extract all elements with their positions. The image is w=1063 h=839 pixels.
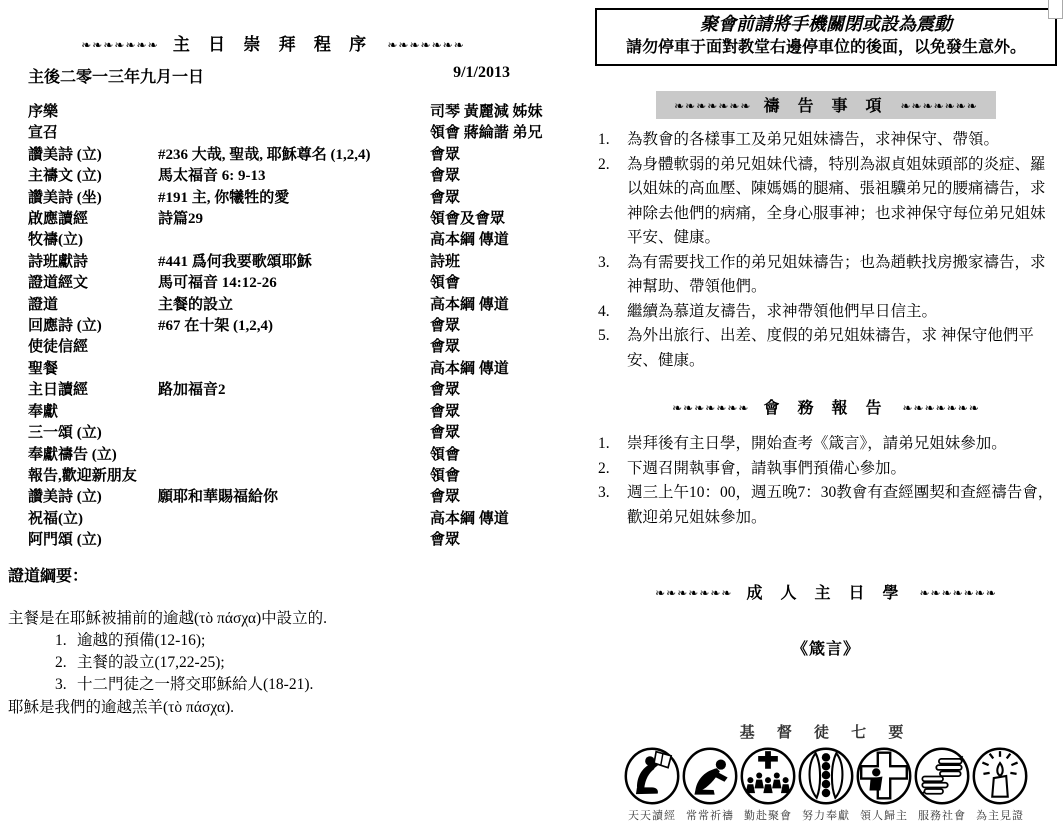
praying-icon: [682, 747, 738, 805]
program-detail: [158, 402, 430, 423]
program-leader: 會眾: [430, 402, 538, 423]
program-detail: [158, 445, 430, 466]
item-number: 1.: [595, 128, 627, 153]
scroll-ornament-icon: ❧❧❧❧❧❧❧: [655, 586, 732, 600]
scroll-ornament-icon: ❧❧❧❧❧❧❧: [674, 99, 751, 113]
sunday-school-title: 成 人 主 日 學: [746, 585, 905, 602]
program-row: 主日讀經 路加福音2 會眾: [8, 380, 538, 401]
program-leader: 會眾: [430, 530, 538, 551]
item-number: 4.: [595, 300, 627, 325]
program-detail: #236 大哉, 聖哉, 耶穌尊名 (1,2,4): [158, 145, 430, 166]
program-leader: 領會: [430, 445, 538, 466]
program-item: 報告,歡迎新朋友: [28, 466, 158, 487]
program-item: 奉獻禱告 (立): [28, 445, 158, 466]
program-leader: 領會: [430, 273, 538, 294]
program-row: 啟應讀經 詩篇29 領會及會眾: [8, 209, 538, 230]
essential-offering: 努力奉獻: [798, 747, 855, 823]
program-leader: 會眾: [430, 188, 538, 209]
program-item: 三一頌 (立): [28, 423, 158, 444]
item-number: 3.: [595, 251, 627, 300]
program-row: 宣召 領會 蔣綸諧 弟兄: [8, 123, 538, 144]
announcements-panel: 聚會前請將手機關閉或設為震動 請勿停車于面對教堂右邊停車位的後面，以免發生意外。…: [595, 0, 1057, 823]
program-item: 詩班獻詩: [28, 252, 158, 273]
scroll-ornament-icon: ❧❧❧❧❧❧❧: [903, 401, 980, 415]
program-item: 啟應讀經: [28, 209, 158, 230]
program-row: 使徒信經 會眾: [8, 337, 538, 358]
item-text: 繼續為慕道友禱告，求神帶領他們早日信主。: [627, 300, 1057, 325]
prayer-item: 3. 為有需要找工作的弟兄姐妹禱告；也為趙軼找房搬家禱告，求神幫助、帶領他們。: [595, 251, 1057, 300]
program-detail: 馬太福音 6: 9-13: [158, 166, 430, 187]
program-item: 奉獻: [28, 402, 158, 423]
seven-essentials-title: 基 督 徒 七 要: [595, 721, 1057, 742]
notice-box: 聚會前請將手機關閉或設為震動 請勿停車于面對教堂右邊停車位的後面，以免發生意外。: [595, 8, 1057, 66]
item-text: 崇拜後有主日學，開始查考《箴言》，請弟兄姐妹參加。: [627, 432, 1057, 457]
prayer-item: 4. 繼續為慕道友禱告，求神帶領他們早日信主。: [595, 300, 1057, 325]
program-detail: 願耶和華賜福給你: [158, 487, 430, 508]
essential-pray: 常常祈禱: [682, 747, 739, 823]
church-bulletin-page: { "ornament": "❧❧❧❧❧❧❧", "left": { "titl…: [0, 0, 1063, 839]
business-item: 2. 下週召開執事會，請執事們預備心參加。: [595, 457, 1057, 482]
sermon-outline-closing: 耶穌是我們的逾越羔羊(τὸ πάσχα).: [8, 697, 538, 719]
date-row: 主後二零一三年九月一日 9/1/2013: [8, 64, 538, 87]
seven-essentials: 基 督 徒 七 要 天天讀經: [595, 721, 1057, 823]
fish-coins-icon: [798, 747, 854, 805]
program-leader: 司琴 黃麗減 姊妹: [430, 102, 543, 123]
point-text: 逾越的預備(12-16);: [77, 630, 205, 652]
essential-attend-meetings: 勤赴聚會: [740, 747, 797, 823]
scroll-ornament-icon: ❧❧❧❧❧❧❧: [901, 99, 978, 113]
essential-read-bible: 天天讀經: [624, 747, 681, 823]
program-list: 序樂 司琴 黃麗減 姊妹 宣召 領會 蔣綸諧 弟兄 讚美詩 (立) #236 大…: [8, 102, 538, 552]
program-detail: 主餐的設立: [158, 295, 430, 316]
program-item: 讚美詩 (立): [28, 487, 158, 508]
program-row: 回應詩 (立) #67 在十架 (1,2,4) 會眾: [8, 316, 538, 337]
program-leader: 會眾: [430, 316, 538, 337]
program-leader: 高本綱 傳道: [430, 295, 538, 316]
program-leader: 詩班: [430, 252, 538, 273]
item-number: 2.: [595, 153, 627, 251]
item-number: 1.: [595, 432, 627, 457]
program-detail: [158, 102, 430, 123]
essential-label: 勤赴聚會: [740, 807, 797, 823]
program-row: 聖餐 高本綱 傳道: [8, 359, 538, 380]
program-leader: 會眾: [430, 166, 538, 187]
program-detail: 路加福音2: [158, 380, 430, 401]
program-leader: 領會 蔣綸諧 弟兄: [430, 123, 543, 144]
item-text: 週三上午10：00，週五晚7：30教會有查經團契和查經禱告會，歡迎弟兄姐妹參加。: [627, 481, 1057, 530]
scroll-ornament-icon: ❧❧❧❧❧❧❧: [672, 401, 749, 415]
candle-light-icon: [972, 747, 1028, 805]
program-detail: [158, 509, 430, 530]
seven-essentials-icons: 天天讀經 常常祈禱: [595, 747, 1057, 823]
program-detail: [158, 337, 430, 358]
scroll-ornament-icon: ❧❧❧❧❧❧❧: [920, 586, 997, 600]
program-row: 奉獻禱告 (立) 領會: [8, 445, 538, 466]
program-row: 主禱文 (立) 馬太福音 6: 9-13 會眾: [8, 166, 538, 187]
program-row: 三一頌 (立) 會眾: [8, 423, 538, 444]
worship-title: 主 日 崇 拜 程 序: [173, 35, 373, 54]
program-leader: 高本綱 傳道: [430, 230, 538, 251]
program-item: 回應詩 (立): [28, 316, 158, 337]
congregation-cross-icon: [740, 747, 796, 805]
item-text: 下週召開執事會，請執事們預備心參加。: [627, 457, 1057, 482]
essential-label: 天天讀經: [624, 807, 681, 823]
program-item: 證道: [28, 295, 158, 316]
point-number: 2.: [55, 652, 77, 674]
program-row: 報告,歡迎新朋友 領會: [8, 466, 538, 487]
program-item: 祝福(立): [28, 509, 158, 530]
program-item: 讚美詩 (立): [28, 145, 158, 166]
program-detail: [158, 466, 430, 487]
sermon-outline-intro: 主餐是在耶穌被捕前的逾越(τὸ πάσχα)中設立的.: [8, 608, 538, 630]
program-item: 主禱文 (立): [28, 166, 158, 187]
program-row: 序樂 司琴 黃麗減 姊妹: [8, 102, 538, 123]
program-row: 詩班獻詩 #441 爲何我要歌頌耶穌 詩班: [8, 252, 538, 273]
program-row: 阿門頌 (立) 會眾: [8, 530, 538, 551]
program-leader: 高本綱 傳道: [430, 359, 538, 380]
program-detail: [158, 359, 430, 380]
program-detail: #441 爲何我要歌頌耶穌: [158, 252, 430, 273]
parking-notice: 請勿停車于面對教堂右邊停車位的後面，以免發生意外。: [601, 36, 1051, 59]
sermon-outline-point: 2. 主餐的設立(17,22-25);: [8, 652, 538, 674]
program-row: 讚美詩 (立) #236 大哉, 聖哉, 耶穌尊名 (1,2,4) 會眾: [8, 145, 538, 166]
program-item: 證道經文: [28, 273, 158, 294]
corner-artifact: [1048, 0, 1063, 19]
date-english: 9/1/2013: [453, 64, 510, 87]
prayer-title: 禱 告 事 項: [763, 98, 888, 115]
program-leader: 會眾: [430, 145, 538, 166]
program-detail: 詩篇29: [158, 209, 430, 230]
prayer-item: 5. 為外出旅行、出差、度假的弟兄姐妹禱告，求 神保守他們平安、健康。: [595, 324, 1057, 373]
item-text: 為外出旅行、出差、度假的弟兄姐妹禱告，求 神保守他們平安、健康。: [627, 324, 1057, 373]
sermon-outline-heading: 證道綱要：: [8, 563, 538, 586]
prayer-item: 2. 為身體軟弱的弟兄姐妹代禱，特別為淑貞姐妹頭部的炎症、羅以姐妹的高血壓、陳媽…: [595, 153, 1057, 251]
cross-person-icon: [856, 747, 912, 805]
sermon-outline-point: 3. 十二門徒之一將交耶穌給人(18-21).: [8, 674, 538, 696]
business-item: 3. 週三上午10：00，週五晚7：30教會有查經團契和查經禱告會，歡迎弟兄姐妹…: [595, 481, 1057, 530]
program-detail: [158, 530, 430, 551]
program-row: 讚美詩 (立) 願耶和華賜福給你 會眾: [8, 487, 538, 508]
reading-icon: [624, 747, 680, 805]
essential-witness: 為主見證: [972, 747, 1029, 823]
point-number: 1.: [55, 630, 77, 652]
item-text: 為教會的各樣事工及弟兄姐妹禱告，求神保守、帶領。: [627, 128, 1057, 153]
prayer-section-header: ❧❧❧❧❧❧❧ 禱 告 事 項 ❧❧❧❧❧❧❧: [656, 91, 996, 119]
page-title: ❧❧❧❧❧❧❧ 主 日 崇 拜 程 序 ❧❧❧❧❧❧❧: [8, 30, 538, 55]
item-text: 為有需要找工作的弟兄姐妹禱告；也為趙軼找房搬家禱告，求神幫助、帶領他們。: [627, 251, 1057, 300]
essential-serve-society: 服務社會: [914, 747, 971, 823]
program-row: 牧禱(立) 高本綱 傳道: [8, 230, 538, 251]
program-row: 祝福(立) 高本綱 傳道: [8, 509, 538, 530]
prayer-item: 1. 為教會的各樣事工及弟兄姐妹禱告，求神保守、帶領。: [595, 128, 1057, 153]
worship-order-panel: ❧❧❧❧❧❧❧ 主 日 崇 拜 程 序 ❧❧❧❧❧❧❧ 主後二零一三年九月一日 …: [8, 0, 538, 719]
essential-label: 服務社會: [914, 807, 971, 823]
sermon-outline-points: 1. 逾越的預備(12-16); 2. 主餐的設立(17,22-25); 3. …: [8, 630, 538, 697]
essential-label: 常常祈禱: [682, 807, 739, 823]
program-item: 聖餐: [28, 359, 158, 380]
date-chinese: 主後二零一三年九月一日: [28, 64, 204, 87]
program-leader: 會眾: [430, 380, 538, 401]
item-text: 為身體軟弱的弟兄姐妹代禱，特別為淑貞姐妹頭部的炎症、羅以姐妹的高血壓、陳媽媽的腿…: [627, 153, 1057, 251]
sunday-school-header: ❧❧❧❧❧❧❧ 成 人 主 日 學 ❧❧❧❧❧❧❧: [595, 580, 1057, 603]
point-text: 十二門徒之一將交耶穌給人(18-21).: [77, 674, 313, 696]
sermon-outline-point: 1. 逾越的預備(12-16);: [8, 630, 538, 652]
serving-hands-icon: [914, 747, 970, 805]
item-number: 2.: [595, 457, 627, 482]
program-row: 奉獻 會眾: [8, 402, 538, 423]
program-detail: [158, 123, 430, 144]
program-detail: [158, 230, 430, 251]
program-detail: #67 在十架 (1,2,4): [158, 316, 430, 337]
business-title: 會 務 報 告: [763, 400, 888, 417]
program-item: 讚美詩 (坐): [28, 188, 158, 209]
prayer-items: 1. 為教會的各樣事工及弟兄姐妹禱告，求神保守、帶領。 2. 為身體軟弱的弟兄姐…: [595, 128, 1057, 373]
program-item: 牧禱(立): [28, 230, 158, 251]
essential-label: 領人歸主: [856, 807, 913, 823]
program-row: 讚美詩 (坐) #191 主, 你犧牲的愛 會眾: [8, 188, 538, 209]
business-section-header: ❧❧❧❧❧❧❧ 會 務 報 告 ❧❧❧❧❧❧❧: [595, 395, 1057, 418]
program-item: 阿門頌 (立): [28, 530, 158, 551]
program-detail: 馬可福音 14:12-26: [158, 273, 430, 294]
program-leader: 領會及會眾: [430, 209, 538, 230]
scroll-ornament-icon: ❧❧❧❧❧❧❧: [81, 38, 158, 52]
point-number: 3.: [55, 674, 77, 696]
program-item: 宣召: [28, 123, 158, 144]
program-leader: 會眾: [430, 487, 538, 508]
business-items: 1. 崇拜後有主日學，開始查考《箴言》，請弟兄姐妹參加。 2. 下週召開執事會，…: [595, 432, 1057, 530]
study-book-title: 《箴言》: [595, 636, 1057, 659]
item-number: 3.: [595, 481, 627, 530]
program-leader: 會眾: [430, 337, 538, 358]
program-detail: #191 主, 你犧牲的愛: [158, 188, 430, 209]
phone-notice: 聚會前請將手機關閉或設為震動: [601, 12, 1051, 36]
program-row: 證道 主餐的設立 高本綱 傳道: [8, 295, 538, 316]
program-item: 使徒信經: [28, 337, 158, 358]
program-detail: [158, 423, 430, 444]
program-leader: 領會: [430, 466, 538, 487]
program-row: 證道經文 馬可福音 14:12-26 領會: [8, 273, 538, 294]
item-number: 5.: [595, 324, 627, 373]
essential-label: 為主見證: [972, 807, 1029, 823]
program-item: 主日讀經: [28, 380, 158, 401]
business-item: 1. 崇拜後有主日學，開始查考《箴言》，請弟兄姐妹參加。: [595, 432, 1057, 457]
essential-label: 努力奉獻: [798, 807, 855, 823]
program-leader: 高本綱 傳道: [430, 509, 538, 530]
point-text: 主餐的設立(17,22-25);: [77, 652, 225, 674]
program-leader: 會眾: [430, 423, 538, 444]
essential-lead-to-christ: 領人歸主: [856, 747, 913, 823]
program-item: 序樂: [28, 102, 158, 123]
scroll-ornament-icon: ❧❧❧❧❧❧❧: [387, 38, 464, 52]
